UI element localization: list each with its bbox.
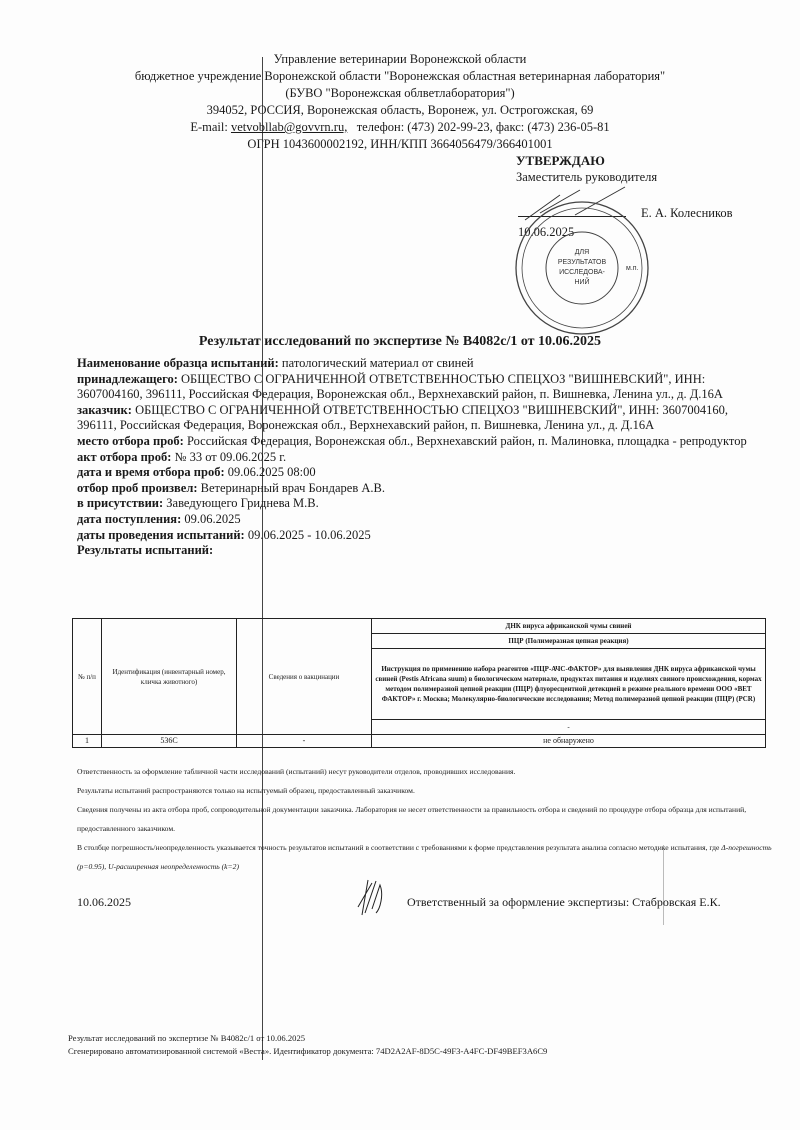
notes-block: Ответственность за оформление табличной …: [77, 762, 777, 876]
header-address: 394052, РОССИЯ, Воронежская область, Вор…: [0, 101, 800, 119]
signature-icon: [350, 875, 390, 920]
stamp-icon: ДЛЯ РЕЗУЛЬТАТОВ ИССЛЕДОВА- НИЙ м.п.: [505, 196, 655, 336]
info-owner: принадлежащего: ОБЩЕСТВО С ОГРАНИЧЕННОЙ …: [77, 372, 767, 403]
email-link[interactable]: vetvobllab@govvrn.ru,: [231, 120, 347, 134]
col-header-vaccination: Сведения о вакцинации: [237, 619, 372, 735]
header-short-name: (БУВО "Воронежская облветлаборатория"): [0, 84, 800, 102]
sample-info: Наименование образца испытаний: патологи…: [77, 356, 767, 559]
info-customer: заказчик: ОБЩЕСТВО С ОГРАНИЧЕННОЙ ОТВЕТС…: [77, 403, 767, 434]
col-header-method-full: Инструкция по применению набора реагенто…: [372, 649, 766, 720]
info-sampled-by: отбор проб произвел: Ветеринарный врач Б…: [77, 481, 767, 497]
info-sampling-act: акт отбора проб: № 33 от 09.06.2025 г.: [77, 450, 767, 466]
header-contacts: E-mail: vetvobllab@govvrn.ru, телефон: (…: [0, 118, 800, 136]
note-source: Сведения получены из акта отбора проб, с…: [77, 800, 777, 838]
info-in-presence: в присутствии: Заведующего Гриднева М.В.: [77, 496, 767, 512]
svg-text:НИЙ: НИЙ: [574, 277, 589, 286]
col-header-method-short: ПЦР (Полимеразная цепная реакция): [372, 634, 766, 649]
info-sampling-place: место отбора проб: Российская Федерация,…: [77, 434, 767, 450]
note-responsibility: Ответственность за оформление табличной …: [77, 762, 777, 781]
footer-reference: Результат исследований по экспертизе № В…: [68, 1032, 547, 1045]
info-results-heading: Результаты испытаний:: [77, 543, 767, 559]
results-table: № п/п Идентификация (инвентарный номер, …: [72, 618, 766, 748]
approval-title: УТВЕРЖДАЮ: [516, 152, 657, 169]
svg-text:РЕЗУЛЬТАТОВ: РЕЗУЛЬТАТОВ: [558, 259, 607, 266]
document-title: Результат исследований по экспертизе № В…: [0, 334, 800, 350]
cell-num: 1: [73, 735, 102, 748]
col-header-num: № п/п: [73, 619, 102, 735]
cell-result: не обнаружено: [372, 735, 766, 748]
header-institution: бюджетное учреждение Воронежской области…: [0, 67, 800, 85]
note-scope: Результаты испытаний распространяются то…: [77, 781, 777, 800]
approval-position: Заместитель руководителя: [516, 169, 657, 186]
note-uncertainty: В столбце погрешность/неопределенность у…: [77, 838, 777, 876]
info-receipt-date: дата поступления: 09.06.2025: [77, 512, 767, 528]
info-sampling-datetime: дата и время отбора проб: 09.06.2025 08:…: [77, 465, 767, 481]
responsible-person: Ответственный за оформление экспертизы: …: [407, 895, 721, 910]
svg-text:м.п.: м.п.: [626, 265, 639, 272]
phone-fax: телефон: (473) 202-99-23, факс: (473) 23…: [357, 120, 610, 134]
info-sample-name: Наименование образца испытаний: патологи…: [77, 356, 767, 372]
header-ministry: Управление ветеринарии Воронежской облас…: [0, 50, 800, 68]
svg-text:ДЛЯ: ДЛЯ: [575, 249, 589, 256]
col-header-unit: -: [372, 720, 766, 735]
email-label: E-mail:: [190, 120, 228, 134]
approval-block: УТВЕРЖДАЮ Заместитель руководителя: [516, 152, 657, 186]
footer-generated: Сгенерировано автоматизированной системо…: [68, 1045, 547, 1058]
info-test-dates: даты проведения испытаний: 09.06.2025 - …: [77, 528, 767, 544]
cell-id: 536С: [102, 735, 237, 748]
svg-text:ИССЛЕДОВА-: ИССЛЕДОВА-: [559, 269, 605, 276]
col-header-id: Идентификация (инвентарный номер, кличка…: [102, 619, 237, 735]
table-row: 1 536С - не обнаружено: [73, 735, 766, 748]
footer: Результат исследований по экспертизе № В…: [68, 1032, 547, 1058]
signoff-date: 10.06.2025: [77, 895, 131, 910]
header-ogrn: ОГРН 1043600002192, ИНН/КПП 3664056479/3…: [0, 135, 800, 153]
col-header-test: ДНК вируса африканской чумы свиней: [372, 619, 766, 634]
cell-vaccination: -: [237, 735, 372, 748]
